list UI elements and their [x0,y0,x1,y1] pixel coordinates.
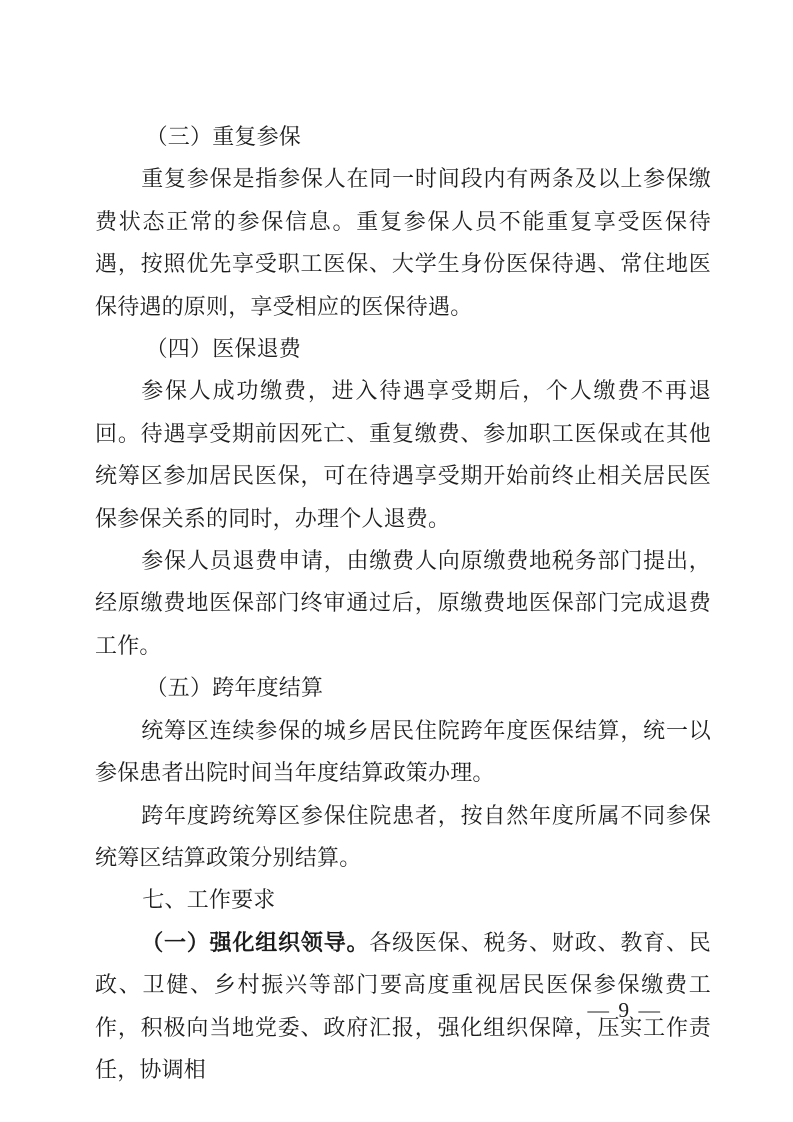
section-heading-insurance-refund: （四）医保退费 [95,328,711,370]
page-number: — 9 — [588,998,663,1023]
paragraph-lead-bold: （一）强化组织领导。 [141,930,369,955]
paragraph-refund-1: 参保人成功缴费，进入待遇享受期后，个人缴费不再退回。待遇享受期前因死亡、重复缴费… [95,370,711,540]
section-heading-cross-year-settlement: （五）跨年度结算 [95,667,711,709]
section-heading-duplicate-enrollment: （三）重复参保 [95,116,711,158]
chapter-heading-work-requirements: 七、工作要求 [95,879,711,921]
paragraph-refund-2: 参保人员退费申请，由缴费人向原缴费地税务部门提出，经原缴费地医保部门终审通过后，… [95,540,711,667]
paragraph-settlement-1: 统筹区连续参保的城乡居民住院跨年度医保结算，统一以参保患者出院时间当年度结算政策… [95,710,711,795]
paragraph-duplicate-enrollment: 重复参保是指参保人在同一时间段内有两条及以上参保缴费状态正常的参保信息。重复参保… [95,158,711,328]
document-page: （三）重复参保 重复参保是指参保人在同一时间段内有两条及以上参保缴费状态正常的参… [0,0,793,1122]
paragraph-settlement-2: 跨年度跨统筹区参保住院患者，按自然年度所属不同参保统筹区结算政策分别结算。 [95,795,711,880]
document-body: （三）重复参保 重复参保是指参保人在同一时间段内有两条及以上参保缴费状态正常的参… [95,116,711,1091]
